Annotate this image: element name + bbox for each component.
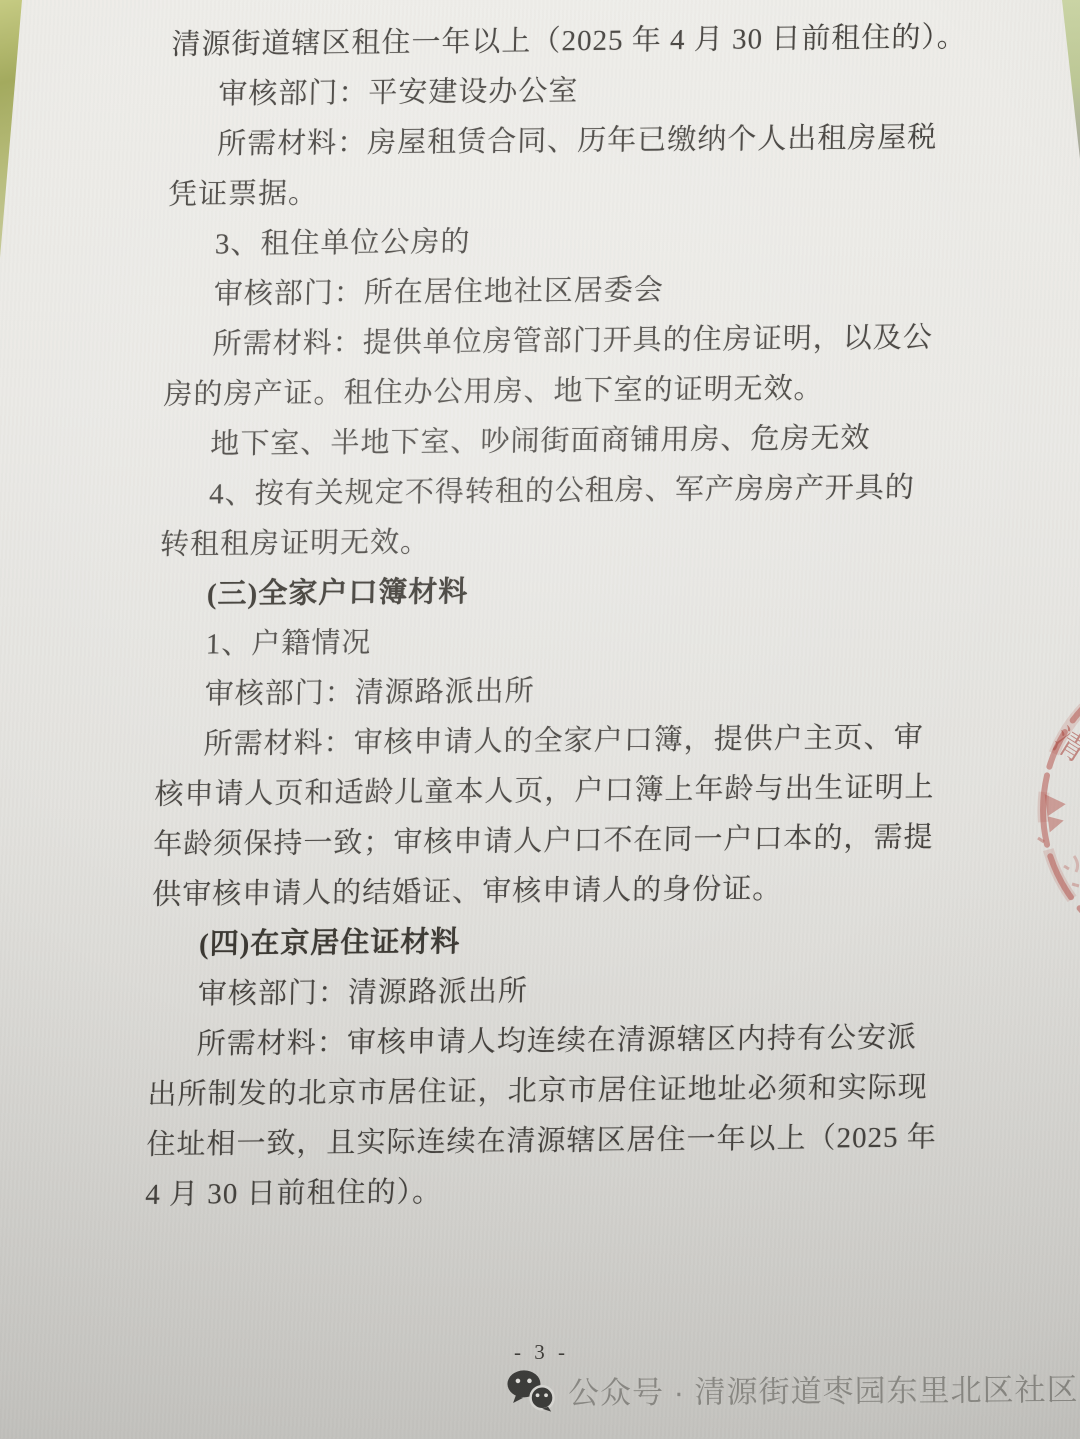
document-line: 所需材料：审核申请人均连续在清源辖区内持有公安派 xyxy=(148,1012,949,1070)
document-line: 转租租房证明无效。 xyxy=(160,512,961,570)
page-number: - 3 - xyxy=(514,1340,569,1365)
document-line: 清源街道辖区租住一年以上（2025 年 4 月 30 日前租住的）。 xyxy=(171,12,972,70)
document-line: 审核部门：平安建设办公室 xyxy=(170,62,971,120)
document-line: 审核部门：清源路派出所 xyxy=(156,662,957,720)
document-lines: 清源街道辖区租住一年以上（2025 年 4 月 30 日前租住的）。审核部门：平… xyxy=(145,12,972,1220)
wechat-icon xyxy=(506,1368,556,1412)
document-line: (三)全家户口簿材料 xyxy=(158,562,959,620)
document-line: 供审核申请人的结婚证、审核申请人的身份证。 xyxy=(152,862,953,920)
document-photo: 清源街道辖区租住一年以上（2025 年 4 月 30 日前租住的）。审核部门：平… xyxy=(0,0,1080,1439)
watermark-text: 公众号 · 清源街道枣园东里北区社区 xyxy=(568,1364,1079,1413)
stamp-speck xyxy=(1074,856,1078,872)
document-line: 审核部门：清源路派出所 xyxy=(149,962,950,1020)
document-line: 所需材料：审核申请人的全家户口簿，提供户主页、审 xyxy=(155,712,956,770)
document-line: 出所制发的北京市居住证，北京市居住证地址必须和实际现 xyxy=(147,1062,948,1120)
official-stamp: 清 xyxy=(988,688,1080,934)
document-line: 3、租住单位公房的 xyxy=(166,212,967,270)
document-line: 地下室、半地下室、吵闹街面商铺用房、危房无效 xyxy=(162,412,963,470)
document-line: 住址相一致，且实际连续在清源辖区居住一年以上（2025 年 xyxy=(146,1112,947,1170)
document-line: 房的房产证。租住办公用房、地下室的证明无效。 xyxy=(163,362,964,420)
document-text: 清源街道辖区租住一年以上（2025 年 4 月 30 日前租住的）。审核部门：平… xyxy=(145,12,972,1220)
document-line: 4 月 30 日前租住的）。 xyxy=(145,1162,946,1220)
document-line: 凭证票据。 xyxy=(167,162,968,220)
wechat-watermark: 公众号 · 清源街道枣园东里北区社区 xyxy=(506,1364,1079,1413)
document-line: 核申请人页和适龄儿童本人页，户口簿上年龄与出生证明上 xyxy=(154,762,955,820)
stamp-graphic: 清 xyxy=(988,688,1080,934)
document-line: 审核部门：所在居住地社区居委会 xyxy=(165,262,966,320)
document-line: 所需材料：提供单位房管部门开具的住房证明，以及公 xyxy=(164,312,965,370)
document-line: 所需材料：房屋租赁合同、历年已缴纳个人出租房屋税 xyxy=(169,112,970,170)
document-line: 4、按有关规定不得转租的公租房、军产房房产开具的 xyxy=(161,462,962,520)
document-line: 1、户籍情况 xyxy=(157,612,958,670)
document-line: 年龄须保持一致；审核申请人户口不在同一户口本的，需提 xyxy=(153,812,954,870)
document-line: (四)在京居住证材料 xyxy=(150,912,951,970)
